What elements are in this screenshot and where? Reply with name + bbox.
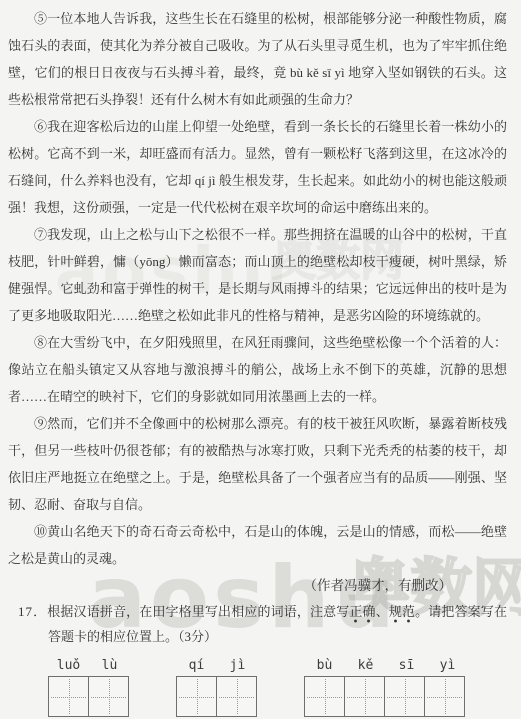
author-attribution: （作者冯骥才，有删改） [8, 572, 507, 599]
passage-paragraph-10: ⑩黄山名绝天下的奇石奇云奇松中，石是山的体魄，云是山的情感，而松——绝壁之松是黄… [8, 518, 507, 572]
tianzige-cell [88, 676, 129, 717]
writing-grid-group: luǒlù [48, 658, 130, 717]
pinyin-row: bùkěsīyì [304, 658, 468, 673]
tianzige-cell-row [304, 676, 468, 717]
pinyin-label: yì [427, 658, 468, 673]
question-separator: 、 [376, 604, 389, 619]
pinyin-label: qí [176, 658, 217, 673]
page-content: ⑤一位本地人告诉我，这些生长在石缝里的松树，根部能够分泌一种酸性物质，腐蚀石头的… [0, 0, 521, 717]
pinyin-row: luǒlù [48, 658, 130, 673]
writing-grid-group: bùkěsīyì [304, 658, 468, 717]
question-number: 17． [18, 604, 47, 619]
tianzige-cell [48, 676, 89, 717]
tianzige-cell-row [176, 676, 258, 717]
tianzige-cell [424, 676, 465, 717]
question-text-a: 根据汉语拼音，在田字格里写出相应的词语，注意写 [47, 604, 349, 619]
passage-paragraph-5: ⑤一位本地人告诉我，这些生长在石缝里的松树，根部能够分泌一种酸性物质，腐蚀石头的… [8, 5, 507, 113]
pinyin-row: qíjì [176, 658, 258, 673]
pinyin-label: bù [304, 658, 345, 673]
passage-paragraph-7: ⑦我发现，山上之松与山下之松很不一样。那些拥挤在温暖的山谷中的松树，干直枝肥，针… [8, 221, 507, 329]
passage-paragraph-6: ⑥我在迎客松后边的山崖上仰望一处绝壁，看到一条长长的石缝里长着一株幼小的松树。它… [8, 113, 507, 221]
pinyin-label: kě [345, 658, 386, 673]
question-17: 17．根据汉语拼音，在田字格里写出相应的词语，注意写正确、规范。请把答案写在答题… [18, 599, 507, 649]
pinyin-label: sī [386, 658, 427, 673]
question-emphasis-zhengque: 正确 [349, 604, 375, 623]
tianzige-cell [384, 676, 425, 717]
scanned-exam-page: aoshu 奥数网 aoshu 奥数网 ⑤一位本地人告诉我，这些生长在石缝里的松… [0, 0, 521, 719]
tianzige-cell [176, 676, 217, 717]
pinyin-label: jì [217, 658, 258, 673]
question-emphasis-guifan: 规范 [389, 604, 415, 623]
pinyin-label: luǒ [48, 658, 89, 673]
tianzige-cell [216, 676, 257, 717]
tianzige-cell [344, 676, 385, 717]
reading-passage: ⑤一位本地人告诉我，这些生长在石缝里的松树，根部能够分泌一种酸性物质，腐蚀石头的… [8, 5, 507, 572]
tianzige-cell [304, 676, 345, 717]
pinyin-label: lù [89, 658, 130, 673]
passage-paragraph-8: ⑧在大雪纷飞中，在夕阳残照里，在风狂雨骤间，这些绝壁松像一个个活着的人：像站立在… [8, 329, 507, 410]
writing-grid-group: qíjì [176, 658, 258, 717]
passage-paragraph-9: ⑨然而，它们并不全像画中的松树那么漂亮。有的枝干被狂风吹断，暴露着断枝残干，但另… [8, 410, 507, 518]
tianzige-cell-row [48, 676, 130, 717]
writing-grid-section: luǒlù qíjì bùkěsīyì [48, 658, 507, 717]
